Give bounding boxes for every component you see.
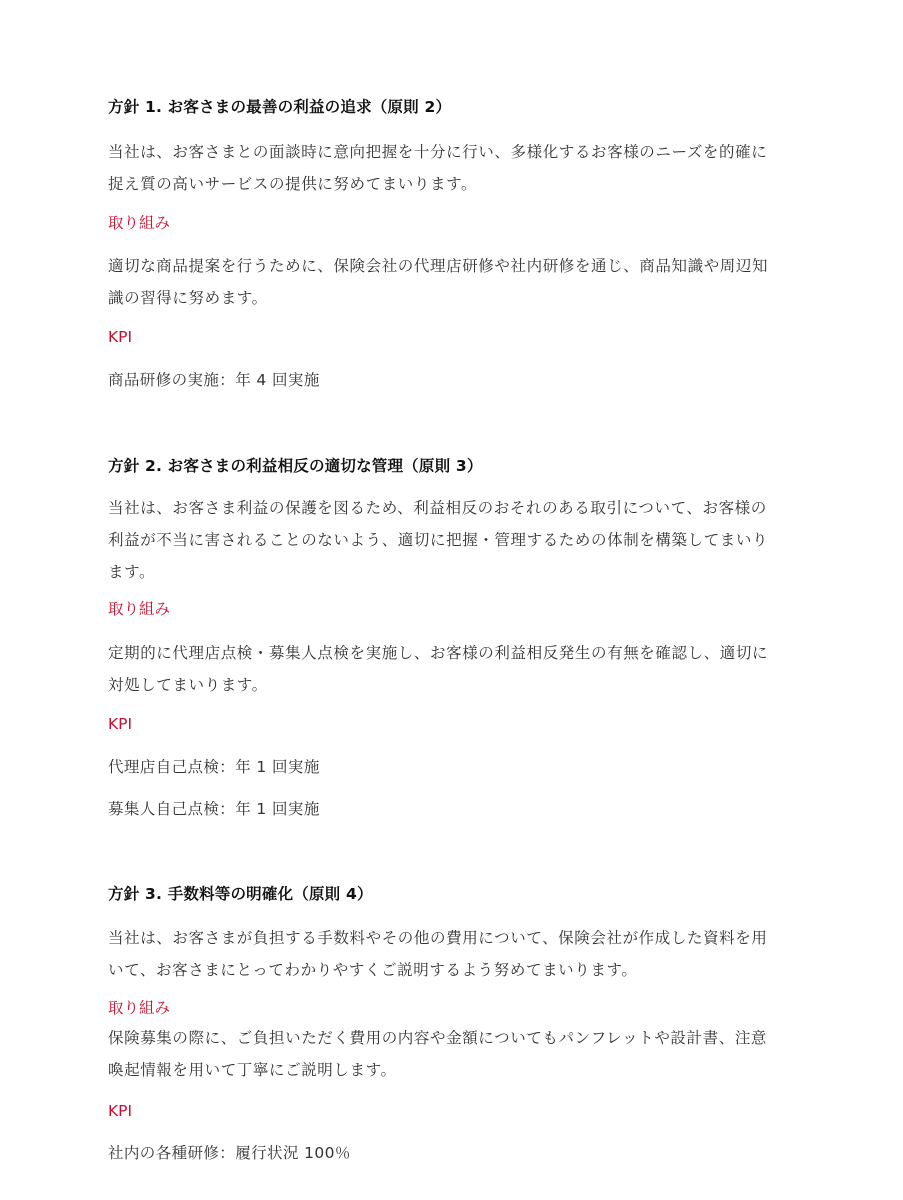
text-line: 利益が不当に害されることのないよう、適切に把握・管理するための体制を構築してまい… — [108, 524, 798, 556]
policy-intro: 当社は、お客さまとの面談時に意向把握を十分に行い、多様化するお客様のニーズを的確… — [108, 136, 798, 200]
initiative-text: 保険募集の際に、ご負担いただく費用の内容や金額についてもパンフレットや設計書、注… — [108, 1022, 798, 1086]
text-line: 定期的に代理店点検・募集人点検を実施し、お客様の利益相反発生の有無を確認し、適切… — [108, 637, 798, 669]
text-line: 対処してまいります。 — [108, 669, 798, 701]
initiative-text: 定期的に代理店点検・募集人点検を実施し、お客様の利益相反発生の有無を確認し、適切… — [108, 637, 798, 701]
text-line: 当社は、お客さまとの面談時に意向把握を十分に行い、多様化するお客様のニーズを的確… — [108, 136, 798, 168]
policy-intro: 当社は、お客さまが負担する手数料やその他の費用について、保険会社が作成した資料を… — [108, 922, 798, 986]
policy-heading: 方針 2. お客さまの利益相反の適切な管理（原則 3） — [108, 456, 483, 476]
text-line: 当社は、お客さまが負担する手数料やその他の費用について、保険会社が作成した資料を… — [108, 922, 798, 954]
text-line: 保険募集の際に、ご負担いただく費用の内容や金額についてもパンフレットや設計書、注… — [108, 1022, 798, 1054]
initiative-text: 適切な商品提案を行うために、保険会社の代理店研修や社内研修を通じ、商品知識や周辺… — [108, 250, 798, 314]
kpi-item: 募集人自己点検：年 1 回実施 — [108, 799, 320, 819]
text-line: ます。 — [108, 556, 798, 588]
text-line: 喚起情報を用いて丁寧にご説明します。 — [108, 1054, 798, 1086]
kpi-label: KPI — [108, 327, 132, 347]
text-line: いて、お客さまにとってわかりやすくご説明するよう努めてまいります。 — [108, 954, 798, 986]
policy-heading: 方針 1. お客さまの最善の利益の追求（原則 2） — [108, 97, 451, 117]
initiative-label: 取り組み — [108, 213, 170, 233]
text-line: 識の習得に努めます。 — [108, 282, 798, 314]
kpi-item: 商品研修の実施：年 4 回実施 — [108, 370, 320, 390]
policy-heading: 方針 3. 手数料等の明確化（原則 4） — [108, 884, 373, 904]
kpi-label: KPI — [108, 714, 132, 734]
text-line: 捉え質の高いサービスの提供に努めてまいります。 — [108, 168, 798, 200]
text-line: 適切な商品提案を行うために、保険会社の代理店研修や社内研修を通じ、商品知識や周辺… — [108, 250, 798, 282]
kpi-item: 代理店自己点検：年 1 回実施 — [108, 757, 320, 777]
kpi-label: KPI — [108, 1101, 132, 1121]
initiative-label: 取り組み — [108, 998, 170, 1018]
policy-intro: 当社は、お客さま利益の保護を図るため、利益相反のおそれのある取引について、お客様… — [108, 492, 798, 588]
kpi-item: 社内の各種研修：履行状況 100％ — [108, 1143, 351, 1163]
text-line: 当社は、お客さま利益の保護を図るため、利益相反のおそれのある取引について、お客様… — [108, 492, 798, 524]
initiative-label: 取り組み — [108, 599, 170, 619]
